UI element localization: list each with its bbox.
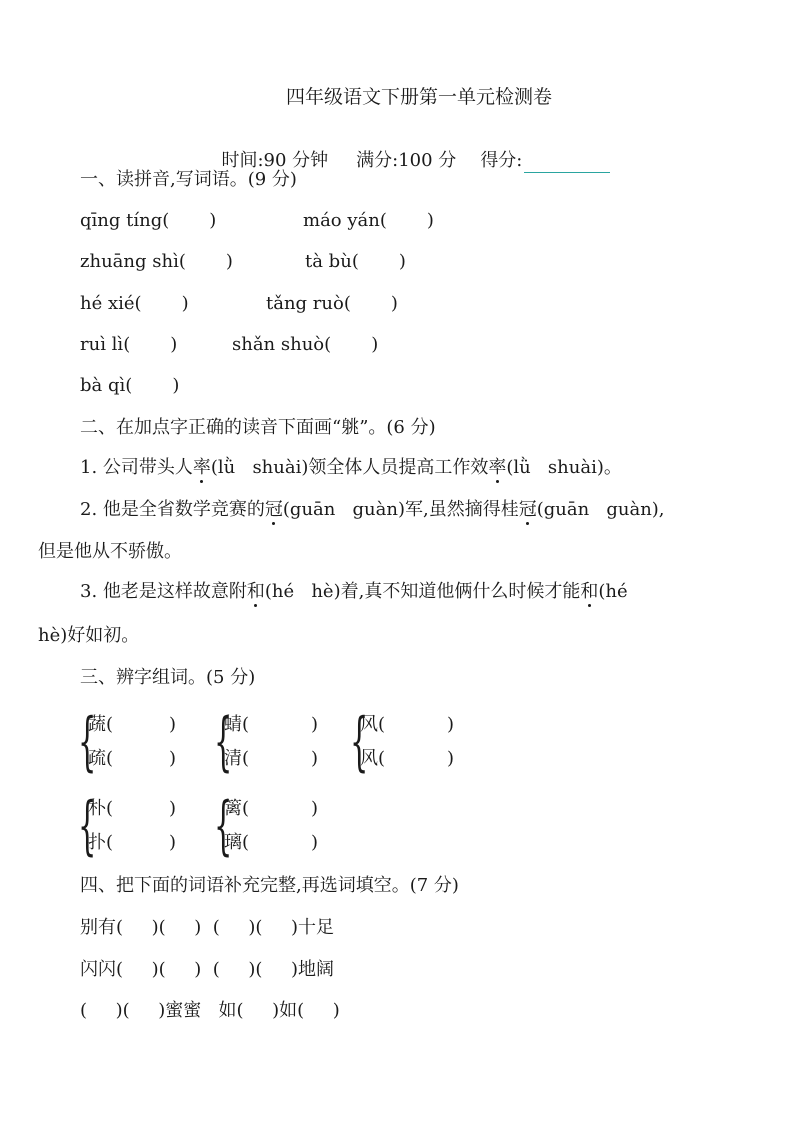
- answer-blank[interactable]: ( ): [135, 293, 189, 314]
- underline-mark-glyph: 䠷: [341, 417, 359, 438]
- pinyin-item: máo yán( ): [303, 209, 434, 233]
- pinyin-text: shǎn shuò: [232, 334, 324, 355]
- pinyin-text: hé xié: [80, 293, 135, 314]
- dotted-char: 冠: [265, 499, 283, 520]
- pinyin-text: tà bù: [305, 251, 352, 272]
- pinyin-item: qīng tíng( ): [80, 209, 216, 233]
- answer-blank[interactable]: ( ): [324, 334, 378, 355]
- left-brace-icon: {: [78, 710, 96, 774]
- left-brace-icon: {: [214, 794, 232, 858]
- pronunciation-options[interactable]: (lǜ shuài)。: [506, 457, 621, 478]
- fill-in-line[interactable]: 别有( )( ) ( )( )十足: [80, 916, 334, 940]
- dotted-char: 率: [488, 457, 506, 478]
- blank-close: ): [447, 748, 454, 769]
- char-pair: { 蜻() 清(): [214, 708, 318, 776]
- pinyin-item: hé xié( ): [80, 292, 189, 316]
- char-pair: { 蔬() 疏(): [78, 708, 176, 776]
- answer-blank[interactable]: ( ): [344, 293, 398, 314]
- dotted-char: 冠: [519, 499, 537, 520]
- pinyin-text: zhuāng shì: [80, 251, 179, 272]
- pronunciation-options[interactable]: (lǜ shuài)领全体人员提高工作效: [211, 457, 488, 478]
- answer-blank-open[interactable]: (: [242, 714, 249, 735]
- answer-blank[interactable]: ( ): [123, 334, 177, 355]
- answer-blank[interactable]: ( ): [125, 375, 179, 396]
- pinyin-item: tǎng ruò( ): [266, 292, 398, 316]
- section1-heading: 一、读拼音,写词语。(9 分): [80, 168, 297, 192]
- pinyin-text: ruì lì: [80, 334, 123, 355]
- question-text: 1. 公司带头人: [80, 457, 193, 478]
- char-pair: { 朴() 扑(): [78, 792, 176, 860]
- question-3: 3. 他老是这样故意附和(hé hè)着,真不知道他俩什么时候才能和(hé: [80, 580, 628, 604]
- answer-blank-open[interactable]: (: [106, 714, 113, 735]
- pinyin-text: máo yán: [303, 210, 380, 231]
- pinyin-text: bà qì: [80, 375, 125, 396]
- pronunciation-options[interactable]: (hé hè)着,真不知道他俩什么时候才能: [265, 581, 580, 602]
- blank-close: ): [311, 798, 318, 819]
- question-2: 2. 他是全省数学竞赛的冠(guān guàn)军,虽然摘得桂冠(guān gu…: [80, 498, 665, 522]
- answer-blank-open[interactable]: (: [242, 748, 249, 769]
- section4-heading: 四、把下面的词语补充完整,再选词填空。(7 分): [80, 874, 459, 898]
- question-1: 1. 公司带头人率(lǜ shuài)领全体人员提高工作效率(lǜ shuài)…: [80, 456, 622, 480]
- score-input-line[interactable]: [524, 154, 610, 173]
- blank-close: ): [311, 748, 318, 769]
- answer-blank-open[interactable]: (: [106, 748, 113, 769]
- score-label: 得分:: [480, 150, 522, 171]
- dotted-char: 率: [193, 457, 211, 478]
- answer-blank[interactable]: ( ): [179, 251, 233, 272]
- dotted-char: 和: [247, 581, 265, 602]
- section2-heading: 二、在加点字正确的读音下面画“䠷”。(6 分): [80, 416, 436, 440]
- blank-close: ): [169, 832, 176, 853]
- answer-blank[interactable]: ( ): [162, 210, 216, 231]
- answer-blank-open[interactable]: (: [242, 798, 249, 819]
- blank-close: ): [169, 748, 176, 769]
- answer-blank-open[interactable]: (: [378, 714, 385, 735]
- pinyin-item: zhuāng shì( ): [80, 250, 233, 274]
- left-brace-icon: {: [214, 710, 232, 774]
- heading-text-end: ”。(6 分): [359, 417, 435, 438]
- left-brace-icon: {: [350, 710, 368, 774]
- page-title: 四年级语文下册第一单元检测卷: [0, 85, 793, 109]
- pronunciation-options[interactable]: (guān guàn)军,虽然摘得桂: [283, 499, 519, 520]
- pinyin-text: tǎng ruò: [266, 293, 344, 314]
- char-pair: { 风() 风(): [350, 708, 454, 776]
- pronunciation-options[interactable]: (guān guàn),: [537, 499, 665, 520]
- answer-blank[interactable]: ( ): [380, 210, 434, 231]
- question-2-continued: 但是他从不骄傲。: [38, 540, 182, 564]
- pinyin-item: ruì lì( ): [80, 333, 177, 357]
- pinyin-item: shǎn shuò( ): [232, 333, 378, 357]
- blank-close: ): [311, 714, 318, 735]
- fill-in-line[interactable]: ( )( )蜜蜜 如( )如( ): [80, 999, 340, 1023]
- blank-close: ): [169, 798, 176, 819]
- blank-close: ): [447, 714, 454, 735]
- pronunciation-options[interactable]: (hé: [598, 581, 627, 602]
- char-pair: { 篱() 璃(): [214, 792, 318, 860]
- answer-blank-open[interactable]: (: [378, 748, 385, 769]
- dotted-char: 和: [580, 581, 598, 602]
- section3-heading: 三、辨字组词。(5 分): [80, 666, 255, 690]
- blank-close: ): [169, 714, 176, 735]
- full-score-label: 满分:100 分: [356, 150, 456, 171]
- left-brace-icon: {: [78, 794, 96, 858]
- blank-close: ): [311, 832, 318, 853]
- question-3-continued: hè)好如初。: [38, 624, 139, 648]
- fill-in-line[interactable]: 闪闪( )( ) ( )( )地阔: [80, 958, 334, 982]
- answer-blank[interactable]: ( ): [352, 251, 406, 272]
- pinyin-text: qīng tíng: [80, 210, 162, 231]
- pinyin-item: bà qì( ): [80, 374, 179, 398]
- exam-meta: 时间:90 分钟满分:100 分得分:: [210, 125, 610, 173]
- answer-blank-open[interactable]: (: [106, 832, 113, 853]
- heading-text: 二、在加点字正确的读音下面画“: [80, 417, 341, 438]
- pinyin-item: tà bù( ): [305, 250, 406, 274]
- question-text: 3. 他老是这样故意附: [80, 581, 247, 602]
- answer-blank-open[interactable]: (: [242, 832, 249, 853]
- question-text: 2. 他是全省数学竞赛的: [80, 499, 265, 520]
- answer-blank-open[interactable]: (: [106, 798, 113, 819]
